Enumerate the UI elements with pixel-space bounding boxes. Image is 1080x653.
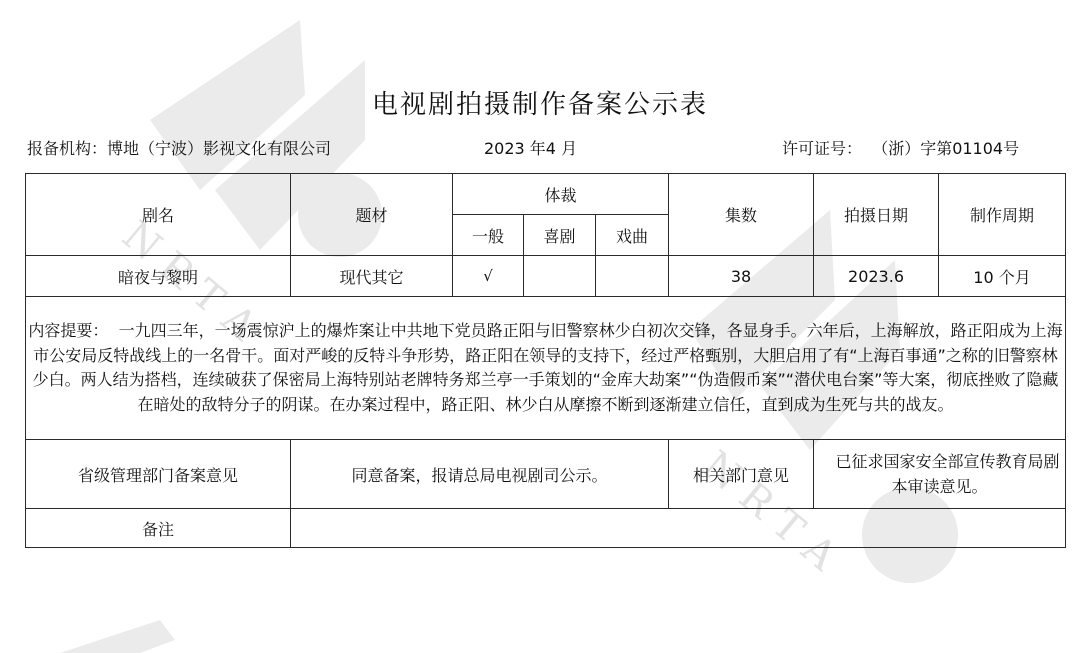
page-title: 电视剧拍摄制作备案公示表 <box>0 84 1080 121</box>
cell-genre-opera <box>596 256 669 297</box>
summary-text: 一九四三年，一场震惊沪上的爆炸案让中共地下党员路正阳与旧警察林少白初次交锋，各显… <box>33 321 1063 414</box>
header-genre: 体裁 <box>453 174 669 215</box>
cell-shooting-date: 2023.6 <box>814 256 939 297</box>
provincial-opinion-text: 同意备案，报请总局电视剧司公示。 <box>291 440 669 509</box>
summary-label: 内容提要： <box>28 321 108 340</box>
remark-row: 备注 <box>26 509 1066 548</box>
remark-text <box>291 509 1066 548</box>
cell-production-period: 10 个月 <box>939 256 1066 297</box>
header-row: 剧名 题材 体裁 集数 拍摄日期 制作周期 <box>26 174 1066 215</box>
header-shooting-date: 拍摄日期 <box>814 174 939 256</box>
summary-row: 内容提要： 一九四三年，一场震惊沪上的爆炸案让中共地下党员路正阳与旧警察林少白初… <box>26 297 1066 440</box>
opinion-row: 省级管理部门备案意见 同意备案，报请总局电视剧司公示。 相关部门意见 已征求国家… <box>26 440 1066 509</box>
cell-genre-comedy <box>524 256 596 297</box>
provincial-opinion-label: 省级管理部门备案意见 <box>26 440 291 509</box>
organization-value: 博地（宁波）影视文化有限公司 <box>107 139 331 158</box>
filing-document: 电视剧拍摄制作备案公示表 报备机构：博地（宁波）影视文化有限公司 2023 年4… <box>0 0 1080 653</box>
cell-drama-name: 暗夜与黎明 <box>26 256 291 297</box>
license-number: 许可证号： （浙）字第01104号 <box>782 136 1019 159</box>
header-genre-opera: 戏曲 <box>596 215 669 256</box>
header-subject: 题材 <box>291 174 453 256</box>
header-genre-comedy: 喜剧 <box>524 215 596 256</box>
header-drama-name: 剧名 <box>26 174 291 256</box>
remark-label: 备注 <box>26 509 291 548</box>
header-genre-general: 一般 <box>453 215 524 256</box>
table-row: 暗夜与黎明 现代其它 √ 38 2023.6 10 个月 <box>26 256 1066 297</box>
header-episodes: 集数 <box>669 174 814 256</box>
related-opinion-text: 已征求国家安全部宣传教育局剧本审读意见。 <box>814 440 1066 509</box>
filing-date: 2023 年4 月 <box>484 136 577 159</box>
license-value: （浙）字第01104号 <box>872 139 1019 158</box>
cell-genre-general-check: √ <box>453 256 524 297</box>
organization-label: 报备机构： <box>27 139 107 158</box>
related-opinion-label: 相关部门意见 <box>669 440 814 509</box>
filing-table: 剧名 题材 体裁 集数 拍摄日期 制作周期 一般 喜剧 戏曲 暗夜与黎明 现代其… <box>25 173 1066 548</box>
license-label: 许可证号： <box>782 139 862 158</box>
header-production-period: 制作周期 <box>939 174 1066 256</box>
cell-subject: 现代其它 <box>291 256 453 297</box>
cell-episodes: 38 <box>669 256 814 297</box>
filing-organization: 报备机构：博地（宁波）影视文化有限公司 <box>27 136 331 159</box>
content-summary: 内容提要： 一九四三年，一场震惊沪上的爆炸案让中共地下党员路正阳与旧警察林少白初… <box>26 297 1066 440</box>
